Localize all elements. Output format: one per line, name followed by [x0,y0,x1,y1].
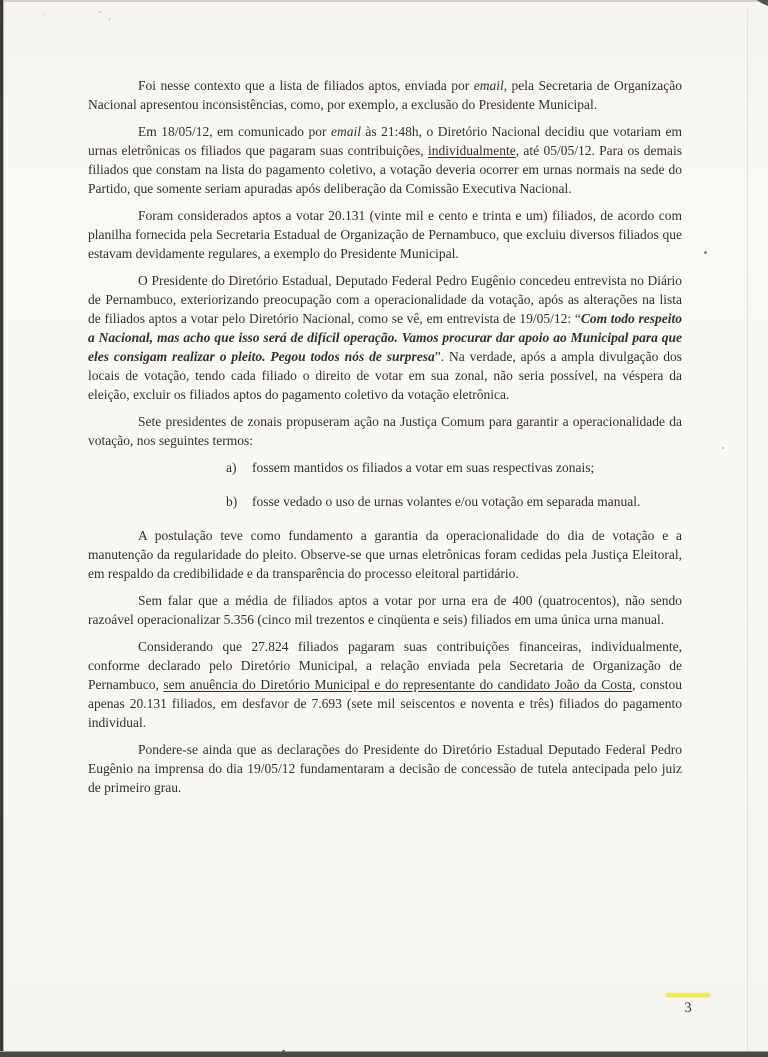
list-item-a: a) fossem mantidos os filiados a votar e… [226,458,682,477]
text-segment: Foi nesse contexto que a lista de filiad… [138,78,474,93]
scanned-document-page: ˙ ˜ , Foi nesse contexto que a lista de … [0,0,768,1057]
list-marker: b) [226,492,252,511]
scan-speck [704,251,707,254]
paragraph-6: A postulação teve como fundamento a gara… [88,526,682,583]
text-segment-underline: individualmente [428,143,516,158]
text-segment-underline: sem anuência do Diretório Municipal e do… [163,677,632,692]
text-segment-italic: email [474,78,504,93]
text-segment-italic: email [331,124,361,139]
yellow-highlight-mark [666,993,710,997]
text-segment: Foram considerados aptos a votar 20.131 … [88,208,685,261]
document-body: Foi nesse contexto que a lista de filiad… [88,76,682,805]
list-item-b: b) fosse vedado o uso de urnas volantes … [226,492,682,511]
text-segment: Sem falar que a média de filiados aptos … [88,593,685,627]
page-edge-shadow [747,8,748,1051]
scan-edge-top [0,0,768,2]
text-segment: Sete presidentes de zonais propuseram aç… [88,414,685,448]
paragraph-7: Sem falar que a média de filiados aptos … [88,591,682,629]
paragraph-5: Sete presidentes de zonais propuseram aç… [88,412,682,450]
page-number-area: 3 [664,993,712,1017]
paragraph-1: Foi nesse contexto que a lista de filiad… [88,76,682,114]
terms-list: a) fossem mantidos os filiados a votar e… [226,458,682,511]
text-segment: A postulação teve como fundamento a gara… [88,528,685,581]
pencil-mark: ˙ [41,12,48,25]
text-segment: Pondere-se ainda que as declarações do P… [88,742,685,795]
paragraph-8: Considerando que 27.824 filiados pagaram… [88,637,682,732]
scan-speck [722,447,724,449]
list-marker: a) [226,458,252,477]
scan-edge-left [0,0,4,1057]
paragraph-2: Em 18/05/12, em comunicado por email às … [88,122,682,198]
scan-speck [282,1050,285,1052]
page-number: 3 [664,999,713,1018]
list-item-text: fosse vedado o uso de urnas volantes e/o… [252,492,672,511]
paragraph-9: Pondere-se ainda que as declarações do P… [88,740,682,797]
paragraph-3: Foram considerados aptos a votar 20.131 … [88,206,682,263]
text-segment: Em 18/05/12, em comunicado por [138,124,331,139]
scan-edge-bottom [0,1051,768,1057]
list-item-text: fossem mantidos os filiados a votar em s… [252,458,672,477]
paragraph-4: O Presidente do Diretório Estadual, Depu… [88,271,682,404]
pencil-mark: ˜ , [98,9,114,22]
